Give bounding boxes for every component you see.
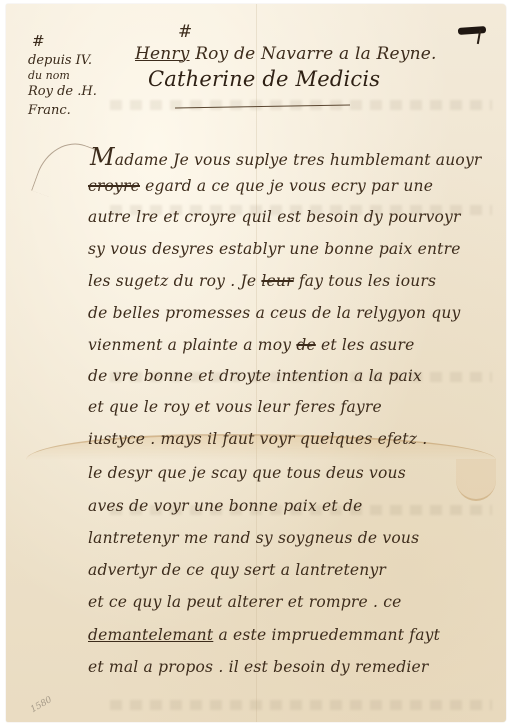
body-line: et que le roy et vous leur feres fayre xyxy=(88,398,382,416)
water-stain-drip xyxy=(456,459,496,501)
body-line: vienment a plainte a moy de et les asure xyxy=(88,336,414,354)
body-line: le desyr que je scay que tous deus vous xyxy=(88,464,406,482)
body-line: advertyr de ce quy sert a lantretenyr xyxy=(88,561,386,579)
struck-word: leur xyxy=(261,272,293,290)
underlined-word: demantelemant xyxy=(88,626,213,644)
bleed-through xyxy=(110,700,492,710)
heading-line-2: Catherine de Medicis xyxy=(148,67,380,91)
heading-line-1: Henry Roy de Navarre a la Reyne. xyxy=(135,44,437,64)
body-line: de vre bonne et droyte intention a la pa… xyxy=(88,367,422,385)
body-line: sy vous desyres establyr une bonne paix … xyxy=(88,240,461,258)
body-line: et ce quy la peut alterer et rompre . ce xyxy=(88,593,401,611)
margin-line: depuis IV. xyxy=(28,51,118,70)
body-line: autre lre et croyre quil est besoin dy p… xyxy=(88,208,461,226)
body-line: les sugetz du roy . Je leur fay tous les… xyxy=(88,272,436,290)
body-line: aves de voyr une bonne paix et de xyxy=(88,497,362,515)
margin-line: Franc. xyxy=(28,101,118,120)
body-line: Madame Je vous suplye tres humblemant au… xyxy=(90,143,482,171)
heading-hash-mark: # xyxy=(178,22,192,42)
body-line: demantelemant a este impruedemmant fayt xyxy=(88,626,440,644)
heading-name: Henry xyxy=(135,44,190,64)
struck-word: de xyxy=(296,336,316,354)
struck-word: croyre xyxy=(88,177,140,195)
body-line: lantretenyr me rand sy soygneus de vous xyxy=(88,529,419,547)
body-line: iustyce . mays il faut voyr quelques efe… xyxy=(88,430,427,448)
margin-line: Roy de .H. xyxy=(28,82,118,101)
body-line: et mal a propos . il est besoin dy remed… xyxy=(88,658,428,676)
heading-title: Roy de Navarre a la Reyne. xyxy=(195,44,436,64)
body-line: de belles promesses a ceus de la relygyo… xyxy=(88,304,461,322)
body-line: croyre egard a ce que je vous ecry par u… xyxy=(88,177,433,195)
margin-line: du nom xyxy=(28,70,118,82)
paper-fold xyxy=(256,4,257,722)
margin-hash-mark: # xyxy=(32,32,118,51)
margin-note: # depuis IV. du nom Roy de .H. Franc. xyxy=(28,32,118,120)
drop-cap: M xyxy=(90,143,115,171)
